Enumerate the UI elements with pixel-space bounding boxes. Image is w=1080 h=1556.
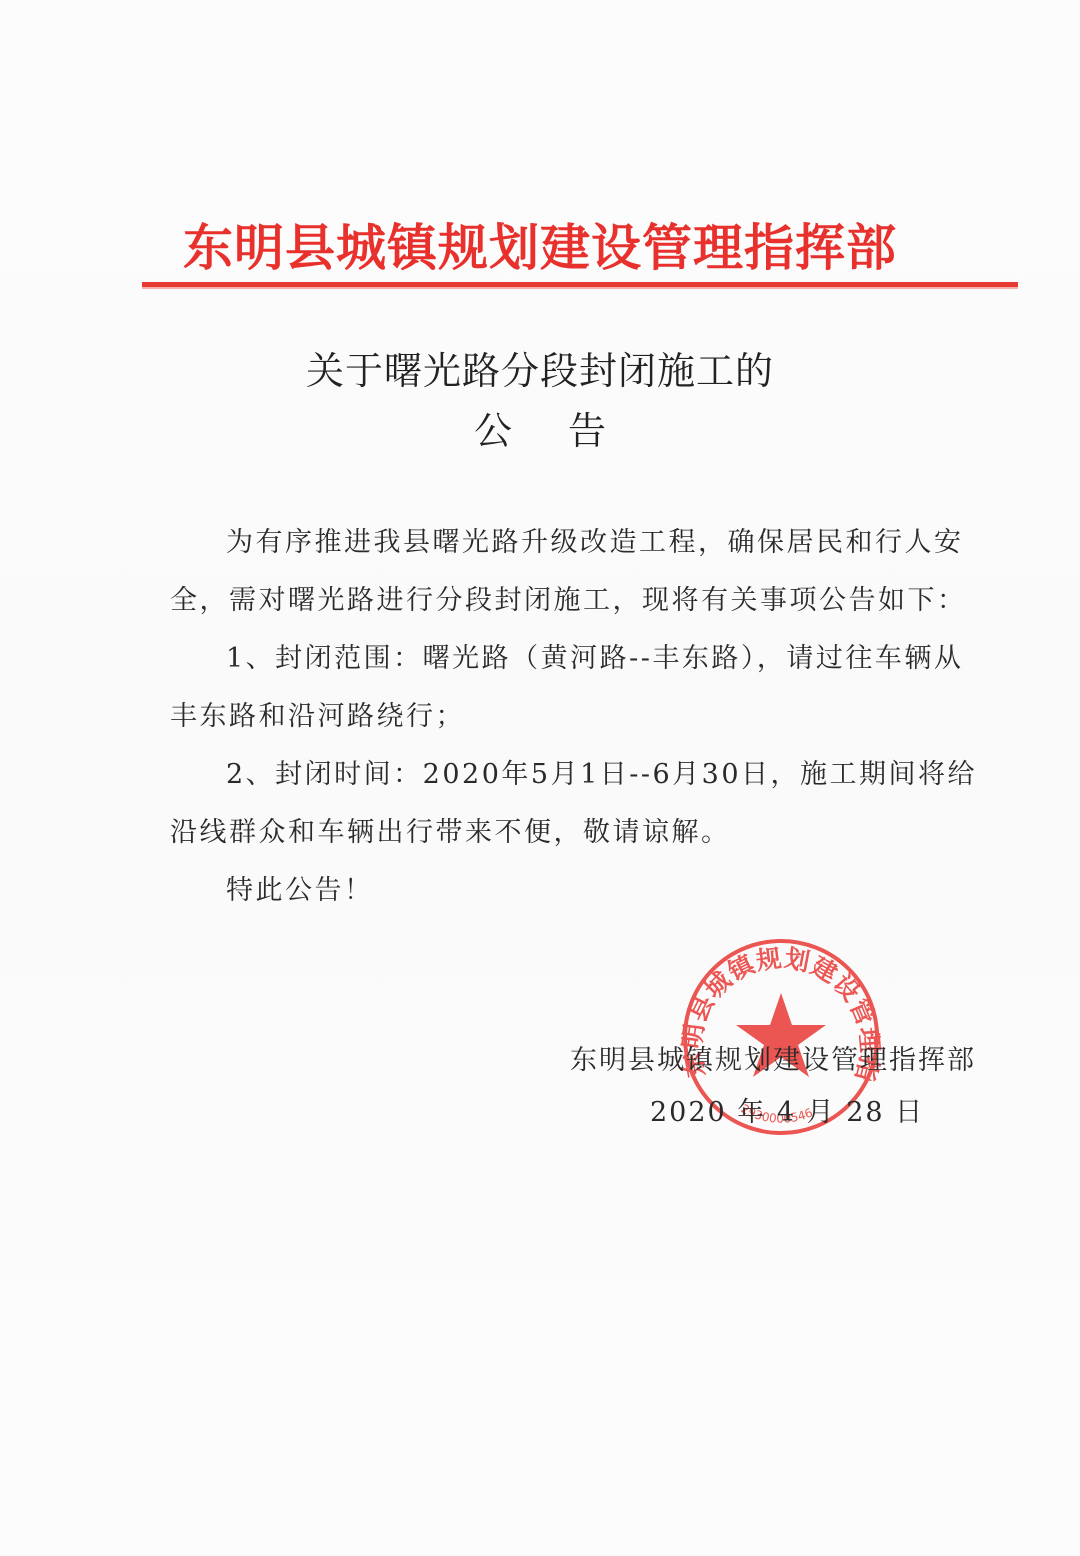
notice-title: 关于曙光路分段封闭施工的 <box>0 340 1080 395</box>
signature-org: 东明县城镇规划建设管理指挥部 <box>570 1038 976 1077</box>
item-closure-time: 2、封闭时间：2020年5月1日--6月30日，施工期间将给沿线群众和车辆出行带… <box>170 746 985 862</box>
subtitle-char-2: 告 <box>568 409 606 453</box>
notice-subtitle: 公告 <box>0 400 1080 455</box>
document-page: 东明县城镇规划建设管理指挥部 关于曙光路分段封闭施工的 公告 为有序推进我县曙光… <box>0 0 1080 1556</box>
org-header: 东明县城镇规划建设管理指挥部 <box>0 208 1080 280</box>
red-divider <box>142 282 1018 289</box>
intro-paragraph: 为有序推进我县曙光路升级改造工程，确保居民和行人安全，需对曙光路进行分段封闭施工… <box>170 514 985 630</box>
closing-paragraph: 特此公告！ <box>170 862 985 920</box>
item-closure-range: 1、封闭范围：曙光路（黄河路--丰东路），请过往车辆从丰东路和沿河路绕行； <box>170 630 985 746</box>
notice-body: 为有序推进我县曙光路升级改造工程，确保居民和行人安全，需对曙光路进行分段封闭施工… <box>170 514 985 920</box>
signature-date: 2020 年 4 月 28 日 <box>650 1090 924 1129</box>
subtitle-char-1: 公 <box>474 409 512 453</box>
